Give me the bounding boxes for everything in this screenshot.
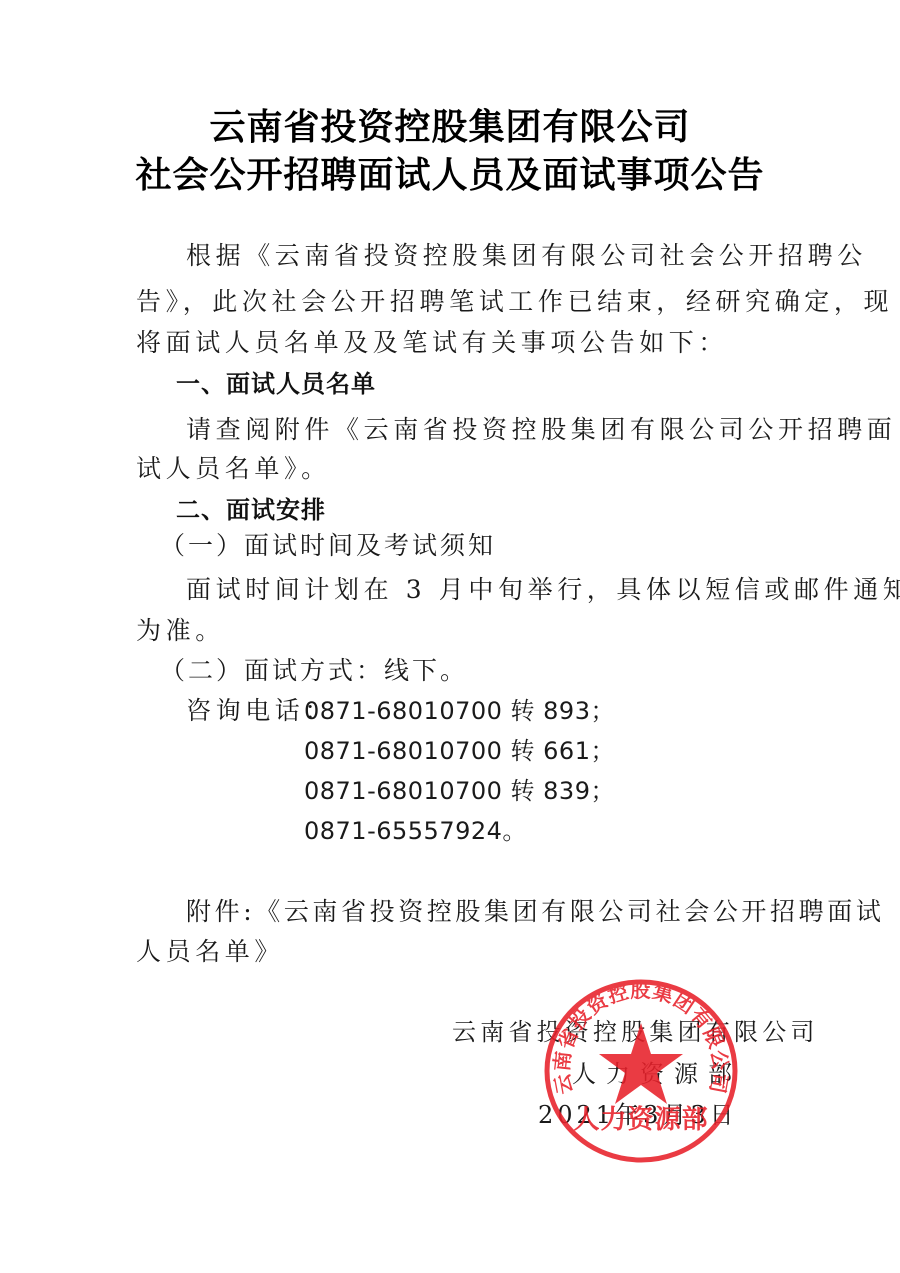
attachment-line-1: 附件:《云南省投资控股集团有限公司社会公开招聘面试 — [186, 894, 884, 930]
document-page: 云南省投资控股集团有限公司 社会公开招聘面试人员及面试事项公告 根据《云南省投资… — [0, 0, 900, 1273]
svg-text:人力资源部: 人力资源部 — [573, 1104, 708, 1135]
document-title-line2: 社会公开招聘面试人员及面试事项公告 — [0, 154, 900, 198]
intro-line-2: 告》，此次社会公开招聘笔试工作已结束，经研究确定，现 — [136, 284, 893, 320]
section1-line-1: 请查阅附件《云南省投资控股集团有限公司公开招聘面 — [186, 412, 896, 448]
contact-phone-4: 0871-65557924。 — [304, 813, 527, 849]
section-heading-interview-list: 一、面试人员名单 — [176, 366, 376, 402]
subsection1-line-2: 为准。 — [136, 613, 225, 649]
section-heading-interview-arrangement: 二、面试安排 — [176, 492, 326, 528]
intro-line-1: 根据《云南省投资控股集团有限公司社会公开招聘公 — [186, 238, 867, 274]
subsection-heading-time: （一）面试时间及考试须知 — [160, 528, 496, 564]
contact-phone-2: 0871-68010700 转 661； — [304, 733, 615, 769]
section1-line-2: 试人员名单》。 — [136, 451, 331, 487]
official-seal-icon: 云南省投资控股集团有限公司 人力资源部 — [543, 978, 739, 1164]
intro-line-3: 将面试人员名单及及笔试有关事项公告如下： — [136, 325, 728, 361]
contact-phone-1: 0871-68010700 转 893； — [304, 693, 615, 729]
subsection1-line-1: 面试时间计划在 3 月中旬举行，具体以短信或邮件通知 — [186, 572, 900, 608]
document-title-line1: 云南省投资控股集团有限公司 — [0, 106, 900, 150]
contact-phone-3: 0871-68010700 转 839； — [304, 773, 615, 809]
subsection-heading-method: （二）面试方式：线下。 — [160, 653, 468, 689]
attachment-line-2: 人员名单》 — [136, 934, 284, 970]
